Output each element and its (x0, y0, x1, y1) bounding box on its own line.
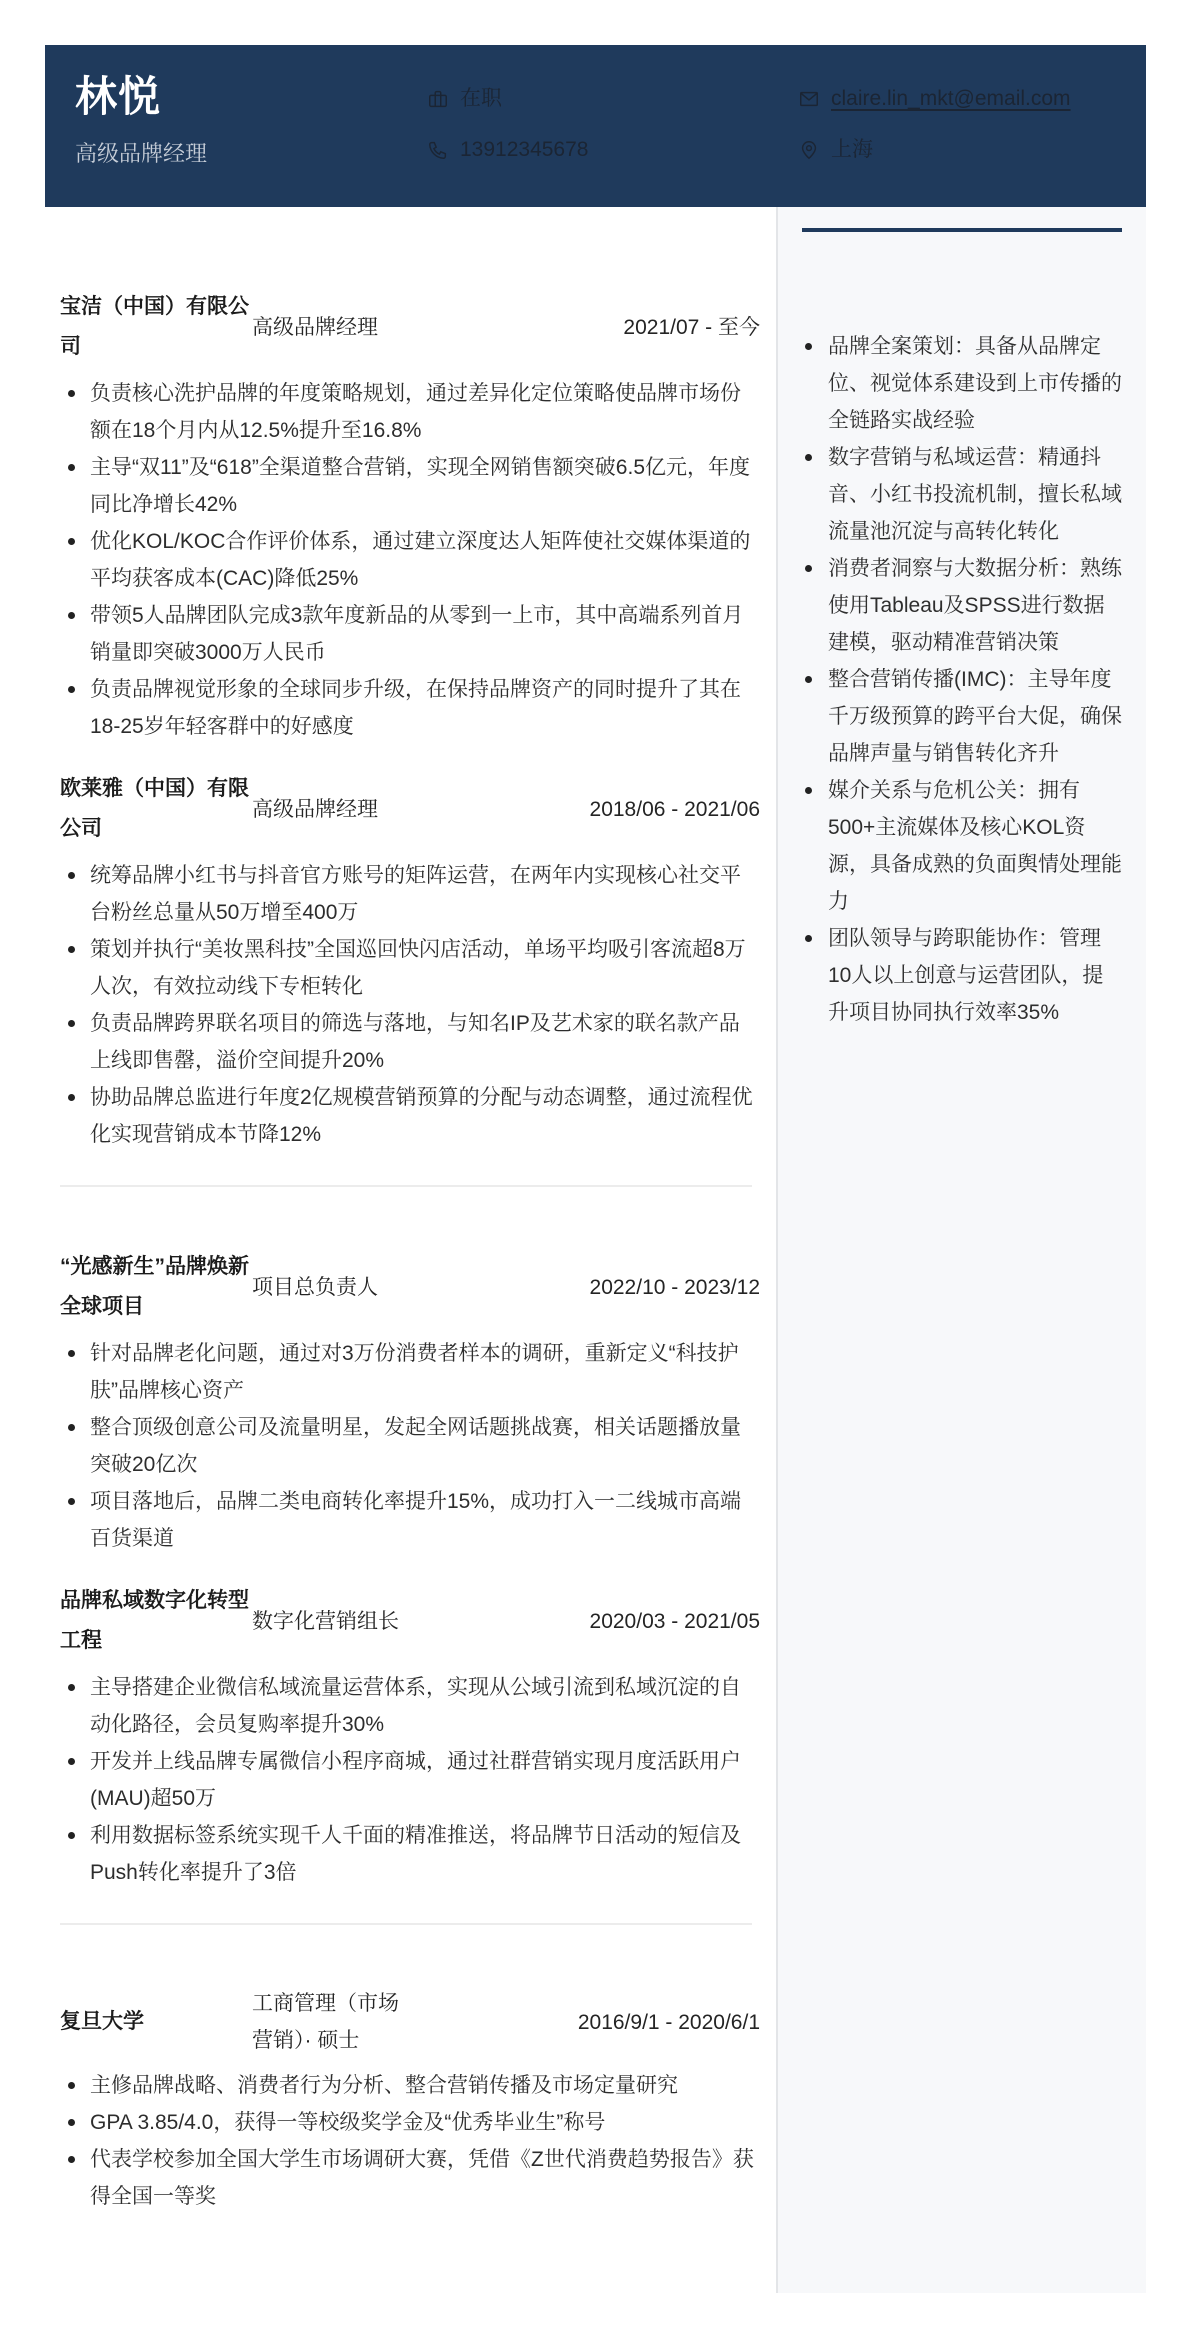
phone-number: 13912345678 (460, 138, 588, 162)
entry-head: “光感新生”品牌焕新全球项目 项目总负责人 2022/10 - 2023/12 (60, 1247, 760, 1327)
main-column: 宝洁（中国）有限公司 高级品牌经理 2021/07 - 至今 负责核心洗护品牌的… (45, 207, 776, 2293)
bullet-item: 整合顶级创意公司及流量明星，发起全网话题挑战赛，相关话题播放量突破20亿次 (60, 1409, 760, 1483)
skill-item: 团队领导与跨职能协作：管理10人以上创意与运营团队，提升项目协同执行效率35% (802, 920, 1123, 1031)
identity-block: 林悦 高级品牌经理 (75, 75, 427, 167)
work-entry: 宝洁（中国）有限公司 高级品牌经理 2021/07 - 至今 负责核心洗护品牌的… (60, 287, 760, 745)
location-text: 上海 (831, 138, 873, 162)
project-name: “光感新生”品牌焕新全球项目 (60, 1247, 252, 1327)
skill-item: 数字营销与私域运营：精通抖音、小红书投流机制，擅长私域流量池沉淀与高转化转化 (802, 439, 1123, 550)
candidate-name: 林悦 (75, 75, 427, 119)
bullet-list: 主修品牌战略、消费者行为分析、整合营销传播及市场定量研究 GPA 3.85/4.… (60, 2067, 760, 2215)
skills-list: 品牌全案策划：具备从品牌定位、视觉体系建设到上市传播的全链路实战经验 数字营销与… (802, 328, 1123, 1031)
entry-head: 欧莱雅（中国）有限公司 高级品牌经理 2018/06 - 2021/06 (60, 769, 760, 849)
job-role: 高级品牌经理 (252, 309, 422, 346)
company-name: 欧莱雅（中国）有限公司 (60, 769, 252, 849)
bullet-item: 项目落地后，品牌二类电商转化率提升15%，成功打入一二线城市高端百货渠道 (60, 1483, 760, 1557)
school-name: 复旦大学 (60, 2002, 252, 2042)
skill-item: 媒介关系与危机公关：拥有500+主流媒体及核心KOL资源，具备成熟的负面舆情处理… (802, 772, 1123, 920)
bullet-item: 代表学校参加全国大学生市场调研大赛，凭借《Z世代消费趋势报告》获得全国一等奖 (60, 2141, 760, 2215)
bullet-list: 针对品牌老化问题，通过对3万份消费者样本的调研，重新定义“科技护肤”品牌核心资产… (60, 1335, 760, 1557)
bullet-item: 负责核心洗护品牌的年度策略规划，通过差异化定位策略使品牌市场份额在18个月内从1… (60, 375, 760, 449)
job-role: 高级品牌经理 (252, 791, 422, 828)
entry-head: 品牌私域数字化转型工程 数字化营销组长 2020/03 - 2021/05 (60, 1581, 760, 1661)
bullet-list: 负责核心洗护品牌的年度策略规划，通过差异化定位策略使品牌市场份额在18个月内从1… (60, 375, 760, 745)
bullet-item: 负责品牌跨界联名项目的筛选与落地，与知名IP及艺术家的联名款产品上线即售罄，溢价… (60, 1005, 760, 1079)
job-dates: 2021/07 - 至今 (623, 309, 760, 346)
resume-page: 林悦 高级品牌经理 在职 claire.lin_mkt@email.com 13… (45, 45, 1146, 2293)
employment-status-text: 在职 (460, 87, 502, 111)
sidebar-column: 品牌全案策划：具备从品牌定位、视觉体系建设到上市传播的全链路实战经验 数字营销与… (776, 207, 1146, 2293)
content-columns: 宝洁（中国）有限公司 高级品牌经理 2021/07 - 至今 负责核心洗护品牌的… (45, 207, 1146, 2293)
bullet-item: 协助品牌总监进行年度2亿规模营销预算的分配与动态调整，通过流程优化实现营销成本节… (60, 1079, 760, 1153)
bullet-item: 带领5人品牌团队完成3款年度新品的从零到一上市，其中高端系列首月销量即突破300… (60, 597, 760, 671)
phone-contact: 13912345678 (427, 138, 798, 162)
education-dates: 2016/9/1 - 2020/6/1 (578, 2004, 760, 2041)
entry-head: 复旦大学 工商管理（市场营销）· 硕士 2016/9/1 - 2020/6/1 (60, 1985, 760, 2059)
section-divider (60, 1185, 752, 1187)
resume-header: 林悦 高级品牌经理 在职 claire.lin_mkt@email.com 13… (45, 45, 1146, 207)
company-name: 宝洁（中国）有限公司 (60, 287, 252, 367)
project-role: 数字化营销组长 (252, 1603, 422, 1640)
job-dates: 2018/06 - 2021/06 (590, 791, 760, 828)
bullet-item: 主修品牌战略、消费者行为分析、整合营销传播及市场定量研究 (60, 2067, 760, 2104)
degree: 工商管理（市场营销）· 硕士 (252, 1985, 422, 2059)
skill-item: 整合营销传播(IMC)：主导年度千万级预算的跨平台大促，确保品牌声量与销售转化齐… (802, 661, 1123, 772)
email-link[interactable]: claire.lin_mkt@email.com (831, 87, 1071, 111)
bullet-item: 负责品牌视觉形象的全球同步升级，在保持品牌资产的同时提升了其在18-25岁年轻客… (60, 671, 760, 745)
project-entry: “光感新生”品牌焕新全球项目 项目总负责人 2022/10 - 2023/12 … (60, 1247, 760, 1557)
bullet-item: 开发并上线品牌专属微信小程序商城，通过社群营销实现月度活跃用户(MAU)超50万 (60, 1743, 760, 1817)
project-dates: 2020/03 - 2021/05 (590, 1603, 760, 1640)
bullet-item: 主导搭建企业微信私域流量运营体系，实现从公域引流到私域沉淀的自动化路径，会员复购… (60, 1669, 760, 1743)
skill-item: 消费者洞察与大数据分析：熟练使用Tableau及SPSS进行数据建模，驱动精准营… (802, 550, 1123, 661)
entry-head: 宝洁（中国）有限公司 高级品牌经理 2021/07 - 至今 (60, 287, 760, 367)
location-pin-icon (798, 139, 820, 161)
bullet-item: 策划并执行“美妆黑科技”全国巡回快闪店活动，单场平均吸引客流超8万人次，有效拉动… (60, 931, 760, 1005)
briefcase-icon (427, 88, 449, 110)
contact-grid: 在职 claire.lin_mkt@email.com 13912345678 … (427, 75, 1116, 162)
project-entry: 品牌私域数字化转型工程 数字化营销组长 2020/03 - 2021/05 主导… (60, 1581, 760, 1891)
location-contact: 上海 (798, 138, 1116, 162)
phone-icon (427, 139, 449, 161)
employment-status: 在职 (427, 87, 798, 111)
section-divider (60, 1923, 752, 1925)
education-entry: 复旦大学 工商管理（市场营销）· 硕士 2016/9/1 - 2020/6/1 … (60, 1985, 760, 2215)
bullet-item: 统筹品牌小红书与抖音官方账号的矩阵运营，在两年内实现核心社交平台粉丝总量从50万… (60, 857, 760, 931)
project-dates: 2022/10 - 2023/12 (590, 1269, 760, 1306)
bullet-item: GPA 3.85/4.0，获得一等校级奖学金及“优秀毕业生”称号 (60, 2104, 760, 2141)
skill-item: 品牌全案策划：具备从品牌定位、视觉体系建设到上市传播的全链路实战经验 (802, 328, 1123, 439)
email-contact: claire.lin_mkt@email.com (798, 87, 1116, 111)
mail-icon (798, 88, 820, 110)
project-name: 品牌私域数字化转型工程 (60, 1581, 252, 1661)
project-role: 项目总负责人 (252, 1269, 422, 1306)
bullet-item: 利用数据标签系统实现千人千面的精准推送，将品牌节日活动的短信及Push转化率提升… (60, 1817, 760, 1891)
bullet-item: 主导“双11”及“618”全渠道整合营销，实现全网销售额突破6.5亿元，年度同比… (60, 449, 760, 523)
bullet-item: 优化KOL/KOC合作评价体系，通过建立深度达人矩阵使社交媒体渠道的平均获客成本… (60, 523, 760, 597)
bullet-item: 针对品牌老化问题，通过对3万份消费者样本的调研，重新定义“科技护肤”品牌核心资产 (60, 1335, 760, 1409)
work-entry: 欧莱雅（中国）有限公司 高级品牌经理 2018/06 - 2021/06 统筹品… (60, 769, 760, 1153)
bullet-list: 统筹品牌小红书与抖音官方账号的矩阵运营，在两年内实现核心社交平台粉丝总量从50万… (60, 857, 760, 1153)
candidate-title: 高级品牌经理 (75, 141, 427, 167)
sidebar-accent-rule (802, 228, 1122, 232)
bullet-list: 主导搭建企业微信私域流量运营体系，实现从公域引流到私域沉淀的自动化路径，会员复购… (60, 1669, 760, 1891)
